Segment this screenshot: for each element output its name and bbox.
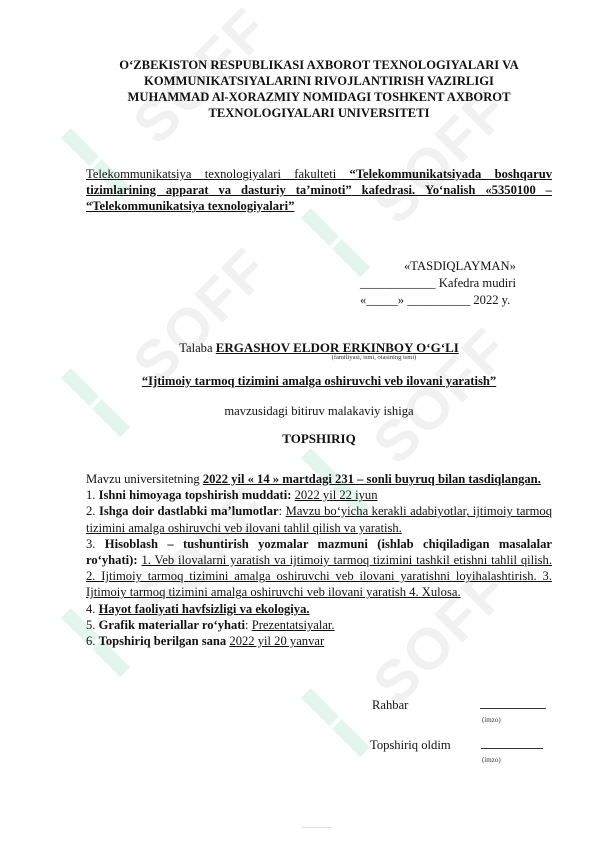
item-number: 6.: [86, 634, 95, 648]
supervisor-signature-line: [480, 708, 546, 709]
approval-role: Kafedra mudiri: [439, 276, 516, 290]
approval-block: «TASDIQLAYMAN» ____________ Kafedra mudi…: [360, 258, 560, 309]
item-label: Hayot faoliyati havfsizligi va ekologiya…: [99, 602, 310, 616]
item-label: Ishni himoyaga topshirish muddati:: [99, 488, 292, 502]
header-line: KOMMUNIKATSIYALARINI RIVOJLANTIRISH VAZI…: [86, 73, 552, 89]
item-value: Prezentatsiyalar.: [252, 618, 335, 632]
item-label: Grafik materiallar ro‘yhati: [99, 618, 245, 632]
item-6: 6. Topshiriq berilgan sana 2022 yil 20 y…: [86, 633, 552, 649]
approval-title: «TASDIQLAYMAN»: [360, 258, 560, 275]
item-2: 2. Ishga doir dastlabki ma’lumotlar: Mav…: [86, 503, 552, 535]
footer-mark: [302, 827, 332, 828]
item-label: Ishga doir dastlabki ma’lumotlar: [99, 504, 279, 518]
direction-label: Yo‘nalish: [425, 183, 475, 197]
student-name-hint: (familiyasi, ismi, otasining ismi): [86, 354, 552, 361]
supervisor-label: Rahbar: [372, 698, 408, 713]
approval-order: Mavzu universitetning 2022 yil « 14 » ma…: [86, 471, 552, 487]
approval-role-line: ____________ Kafedra mudiri: [360, 275, 560, 292]
item-number: 4.: [86, 602, 95, 616]
header-line: MUHAMMAD Al-XORAZMIY NOMIDAGI TOSHKENT A…: [86, 89, 552, 105]
student-block: Talaba ERGASHOV ELDOR ERKINBOY O‘G‘LI (f…: [86, 340, 552, 361]
supervisor-signature-hint: (imzo): [482, 716, 501, 724]
item-number: 1.: [86, 488, 95, 502]
faculty-paragraph: Telekommunikatsiya texnologiyalari fakul…: [86, 166, 552, 214]
student-label: Talaba: [179, 341, 212, 355]
student-name: ERGASHOV ELDOR ERKINBOY O‘G‘LI: [216, 340, 459, 355]
item-value: 1. Veb ilovalarni yaratish va ijtimoiy t…: [86, 553, 552, 599]
item-value: 2022 yil 22 iyun: [295, 488, 378, 502]
thesis-subtopic: mavzusidagi bitiruv malakaviy ishiga: [86, 404, 552, 419]
department-suffix: kafedrasi.: [362, 183, 416, 197]
received-signature-hint: (imzo): [482, 756, 501, 764]
header-line: O‘ZBEKISTON RESPUBLIKASI AXBOROT TEXNOLO…: [86, 57, 552, 73]
approval-order-date: 2022 yil « 14 » martdagi 231 – sonli buy…: [203, 472, 541, 486]
received-signature-line: [481, 748, 543, 749]
approval-sign-blank: ____________: [360, 276, 436, 290]
item-5: 5. Grafik materiallar ro‘yhati: Prezenta…: [86, 617, 552, 633]
thesis-topic: “Ijtimoiy tarmoq tizimini amalga oshiruv…: [86, 374, 552, 389]
item-number: 3.: [86, 537, 95, 551]
received-label: Topshiriq oldim: [370, 738, 451, 753]
item-number: 5.: [86, 618, 95, 632]
item-3: 3. Hisoblash – tushuntirish yozmalar maz…: [86, 536, 552, 601]
university-header: O‘ZBEKISTON RESPUBLIKASI AXBOROT TEXNOLO…: [86, 57, 552, 121]
faculty-name: Telekommunikatsiya texnologiyalari fakul…: [86, 167, 336, 181]
document-title: TOPSHIRIQ: [86, 431, 552, 447]
approval-date: «_____» __________ 2022 y.: [360, 292, 560, 309]
item-1: 1. Ishni himoyaga topshirish muddati: 20…: [86, 487, 552, 503]
watermark-left-top: SOFF SOFF SOFF SOFF SOFF SOFF: [0, 0, 596, 842]
item-value: 2022 yil 20 yanvar: [229, 634, 324, 648]
item-label: Topshiriq berilgan sana: [99, 634, 227, 648]
watermark-logo-icon: [301, 688, 373, 760]
item-4: 4. Hayot faoliyati havfsizligi va ekolog…: [86, 601, 552, 617]
approval-prefix: Mavzu universitetning: [86, 472, 200, 486]
item-number: 2.: [86, 504, 95, 518]
assignment-body: Mavzu universitetning 2022 yil « 14 » ma…: [86, 471, 552, 649]
header-line: TEXNOLOGIYALARI UNIVERSITETI: [86, 105, 552, 121]
